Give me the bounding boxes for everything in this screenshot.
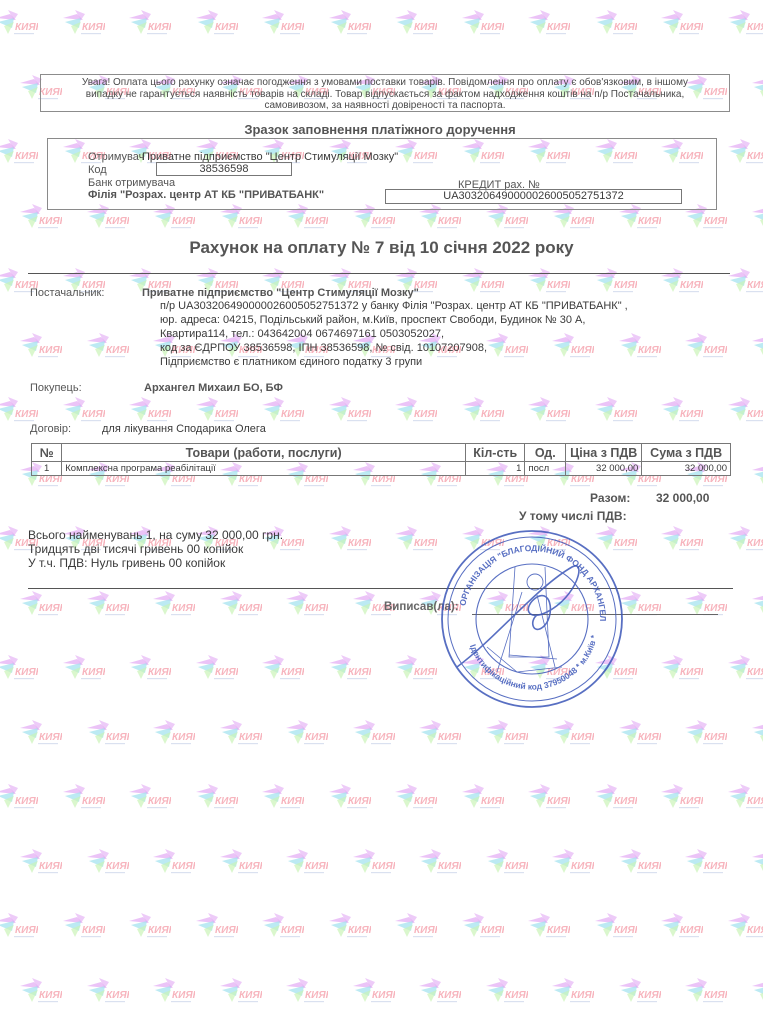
svg-text:КИЯН: КИЯН [15, 409, 38, 420]
svg-text:КИЯН: КИЯН [82, 22, 105, 33]
watermark-logo: КИЯН [85, 718, 129, 748]
svg-text:КИЯН: КИЯН [414, 538, 437, 549]
watermark-logo-icon: КИЯН [218, 718, 262, 748]
svg-text:КИЯН: КИЯН [704, 345, 727, 356]
invoice-title: Рахунок на оплату № 7 від 10 січня 2022 … [20, 238, 743, 258]
row-price: 32 000,00 [566, 462, 642, 476]
watermark-logo-icon: КИЯН [393, 395, 437, 425]
svg-text:КИЯН: КИЯН [106, 345, 129, 356]
watermark-logo: КИЯН [593, 911, 637, 941]
svg-text:КИЯН: КИЯН [39, 732, 62, 743]
svg-text:КИЯН: КИЯН [481, 409, 504, 420]
watermark-logo: КИЯН [393, 8, 437, 38]
bank-value: Філія "Розрах. центр АТ КБ "ПРИВАТБАНК" [88, 189, 324, 202]
svg-text:КИЯН: КИЯН [547, 925, 570, 936]
watermark-logo-icon: КИЯН [18, 718, 62, 748]
summary-line-vat: У т.ч. ПДВ: Нуль гривень 00 копійок [28, 557, 283, 571]
watermark-logo: КИЯН [327, 653, 371, 683]
watermark-logo-icon: КИЯН [194, 911, 238, 941]
watermark-logo: КИЯН [593, 395, 637, 425]
recipient-label: Отримувач [88, 151, 144, 164]
contract-value: для лікування Сподарика Олега [102, 423, 266, 436]
watermark-logo-icon: КИЯН [127, 782, 171, 812]
watermark-logo-icon: КИЯН [85, 847, 129, 877]
svg-text:КИЯН: КИЯН [39, 861, 62, 872]
svg-text:КИЯН: КИЯН [281, 796, 304, 807]
svg-text:КИЯН: КИЯН [239, 603, 262, 614]
watermark-logo-icon: КИЯН [726, 137, 763, 167]
buyer-label: Покупець: [30, 382, 82, 395]
watermark-logo-icon: КИЯН [351, 847, 395, 877]
watermark-logo-icon: КИЯН [85, 331, 129, 361]
svg-text:КИЯН: КИЯН [547, 22, 570, 33]
svg-text:КИЯН: КИЯН [106, 732, 129, 743]
supplier-label: Постачальник: [30, 287, 104, 300]
summary-line-words: Тридцять дві тисячі гривень 00 копійок [28, 543, 283, 557]
watermark-logo-icon: КИЯН [593, 395, 637, 425]
svg-text:КИЯН: КИЯН [414, 925, 437, 936]
svg-text:КИЯН: КИЯН [239, 732, 262, 743]
svg-text:КИЯН: КИЯН [348, 538, 371, 549]
supplier-name: Приватне підприємство "Центр Стимуляції … [142, 287, 419, 300]
svg-text:КИЯН: КИЯН [547, 280, 570, 291]
watermark-logo-icon: КИЯН [726, 911, 763, 941]
watermark-logo-icon: КИЯН [127, 8, 171, 38]
watermark-logo-icon: КИЯН [417, 847, 461, 877]
items-table: № Товари (работи, послуги) Кіл-сть Од. Ц… [31, 443, 731, 476]
svg-text:КИЯН: КИЯН [680, 22, 703, 33]
supplier-details: п/р UA303206490000026005052751372 у банк… [160, 300, 628, 370]
watermark-logo: КИЯН [750, 847, 763, 877]
svg-text:КИЯН: КИЯН [106, 861, 129, 872]
svg-text:КИЯН: КИЯН [39, 990, 62, 1001]
svg-text:КИЯН: КИЯН [505, 216, 528, 227]
watermark-logo: КИЯН [260, 911, 304, 941]
watermark-logo: КИЯН [85, 976, 129, 1006]
svg-text:КИЯН: КИЯН [39, 603, 62, 614]
watermark-logo-icon: КИЯН [18, 589, 62, 619]
watermark-logo-icon: КИЯН [0, 782, 38, 812]
watermark-logo: КИЯН [750, 976, 763, 1006]
svg-text:КИЯН: КИЯН [481, 22, 504, 33]
watermark-logo: КИЯН [550, 976, 594, 1006]
watermark-logo-icon: КИЯН [351, 976, 395, 1006]
watermark-logo: КИЯН [0, 653, 38, 683]
watermark-logo: КИЯН [351, 718, 395, 748]
svg-text:КИЯН: КИЯН [305, 603, 328, 614]
svg-text:КИЯН: КИЯН [148, 409, 171, 420]
watermark-logo-icon: КИЯН [393, 782, 437, 812]
notice-line-1: Увага! Оплата цього рахунку означає пого… [41, 77, 729, 89]
watermark-logo-icon: КИЯН [260, 395, 304, 425]
watermark-logo: КИЯН [726, 266, 763, 296]
watermark-logo: КИЯН [593, 782, 637, 812]
watermark-logo-icon: КИЯН [151, 976, 195, 1006]
watermark-logo: КИЯН [85, 331, 129, 361]
svg-text:КИЯН: КИЯН [215, 22, 238, 33]
watermark-logo-icon: КИЯН [683, 847, 727, 877]
watermark-logo-icon: КИЯН [0, 395, 38, 425]
watermark-logo: КИЯН [659, 911, 703, 941]
watermark-logo-icon: КИЯН [617, 718, 661, 748]
watermark-logo: КИЯН [0, 911, 38, 941]
watermark-logo-icon: КИЯН [393, 653, 437, 683]
watermark-logo: КИЯН [284, 718, 328, 748]
svg-text:КИЯН: КИЯН [680, 667, 703, 678]
svg-text:КИЯН: КИЯН [438, 861, 461, 872]
svg-text:КИЯН: КИЯН [239, 216, 262, 227]
watermark-logo-icon: КИЯН [750, 589, 763, 619]
svg-text:КИЯН: КИЯН [372, 216, 395, 227]
watermark-logo: КИЯН [750, 202, 763, 232]
watermark-logo: КИЯН [127, 911, 171, 941]
svg-text:КИЯН: КИЯН [215, 667, 238, 678]
watermark-logo-icon: КИЯН [61, 782, 105, 812]
watermark-logo: КИЯН [18, 589, 62, 619]
watermark-logo-icon: КИЯН [593, 266, 637, 296]
watermark-logo: КИЯН [61, 395, 105, 425]
watermark-logo-icon: КИЯН [0, 653, 38, 683]
watermark-logo-icon: КИЯН [617, 976, 661, 1006]
row-qty: 1 [466, 462, 525, 476]
watermark-logo-icon: КИЯН [726, 266, 763, 296]
svg-text:КИЯН: КИЯН [704, 732, 727, 743]
col-unit-header: Од. [525, 444, 566, 462]
watermark-logo-icon: КИЯН [526, 8, 570, 38]
svg-text:КИЯН: КИЯН [481, 925, 504, 936]
svg-text:КИЯН: КИЯН [348, 925, 371, 936]
svg-text:КИЯН: КИЯН [414, 796, 437, 807]
svg-text:КИЯН: КИЯН [481, 280, 504, 291]
watermark-logo-icon: КИЯН [393, 8, 437, 38]
watermark-logo: КИЯН [0, 782, 38, 812]
svg-text:КИЯН: КИЯН [348, 796, 371, 807]
watermark-logo: КИЯН [726, 524, 763, 554]
watermark-logo: КИЯН [659, 395, 703, 425]
watermark-logo: КИЯН [260, 8, 304, 38]
svg-text:КИЯН: КИЯН [704, 861, 727, 872]
watermark-logo-icon: КИЯН [127, 911, 171, 941]
svg-text:КИЯН: КИЯН [281, 667, 304, 678]
watermark-logo: КИЯН [351, 976, 395, 1006]
watermark-logo-icon: КИЯН [127, 653, 171, 683]
table-header-row: № Товари (работи, послуги) Кіл-сть Од. Ц… [32, 444, 731, 462]
watermark-logo: КИЯН [659, 524, 703, 554]
summary-divider [28, 588, 733, 589]
watermark-logo: КИЯН [194, 8, 238, 38]
watermark-logo-icon: КИЯН [284, 718, 328, 748]
watermark-logo-icon: КИЯН [750, 847, 763, 877]
watermark-logo: КИЯН [750, 718, 763, 748]
watermark-logo-icon: КИЯН [284, 847, 328, 877]
watermark-logo: КИЯН [327, 782, 371, 812]
svg-text:КИЯН: КИЯН [148, 22, 171, 33]
watermark-logo-icon: КИЯН [0, 137, 38, 167]
col-price-header: Ціна з ПДВ [566, 444, 642, 462]
watermark-logo: КИЯН [327, 524, 371, 554]
watermark-logo-icon: КИЯН [526, 395, 570, 425]
svg-text:КИЯН: КИЯН [747, 538, 763, 549]
svg-text:КИЯН: КИЯН [82, 409, 105, 420]
watermark-logo-icon: КИЯН [260, 782, 304, 812]
svg-text:КИЯН: КИЯН [638, 216, 661, 227]
watermark-logo: КИЯН [0, 395, 38, 425]
svg-text:КИЯН: КИЯН [414, 667, 437, 678]
svg-text:КИЯН: КИЯН [747, 409, 763, 420]
watermark-logo: КИЯН [726, 395, 763, 425]
svg-text:КИЯН: КИЯН [747, 925, 763, 936]
watermark-logo-icon: КИЯН [659, 8, 703, 38]
watermark-logo-icon: КИЯН [218, 847, 262, 877]
svg-text:КИЯН: КИЯН [547, 796, 570, 807]
items-body: 1Комплексна програма реабілітації1посл32… [32, 462, 731, 476]
watermark-logo: КИЯН [417, 847, 461, 877]
title-divider [28, 273, 730, 274]
summary-line-count: Всього найменувань 1, на суму 32 000,00 … [28, 529, 283, 543]
watermark-logo-icon: КИЯН [194, 782, 238, 812]
row-number: 1 [32, 462, 62, 476]
svg-text:КИЯН: КИЯН [106, 603, 129, 614]
svg-text:КИЯН: КИЯН [15, 796, 38, 807]
svg-text:КИЯН: КИЯН [82, 925, 105, 936]
amount-summary: Всього найменувань 1, на суму 32 000,00 … [28, 529, 283, 571]
watermark-logo-icon: КИЯН [460, 266, 504, 296]
watermark-logo: КИЯН [0, 137, 38, 167]
svg-text:КИЯН: КИЯН [348, 409, 371, 420]
col-sum-header: Сума з ПДВ [642, 444, 731, 462]
watermark-logo-icon: КИЯН [484, 976, 528, 1006]
svg-text:КИЯН: КИЯН [414, 409, 437, 420]
watermark-logo-icon: КИЯН [18, 976, 62, 1006]
svg-text:КИЯН: КИЯН [372, 861, 395, 872]
row-unit: посл [525, 462, 566, 476]
watermark-logo: КИЯН [194, 395, 238, 425]
watermark-logo: КИЯН [726, 782, 763, 812]
svg-text:КИЯН: КИЯН [414, 22, 437, 33]
watermark-logo-icon: КИЯН [151, 718, 195, 748]
watermark-logo: КИЯН [194, 782, 238, 812]
watermark-logo-icon: КИЯН [127, 395, 171, 425]
watermark-logo-icon: КИЯН [726, 782, 763, 812]
watermark-logo: КИЯН [393, 911, 437, 941]
watermark-logo-icon: КИЯН [327, 524, 371, 554]
svg-text:КИЯН: КИЯН [172, 861, 195, 872]
supplier-line: код за ЄДРПОУ 38536598, ІПН 38536598, № … [160, 342, 628, 356]
watermark-logo-icon: КИЯН [726, 524, 763, 554]
watermark-logo-icon: КИЯН [393, 911, 437, 941]
watermark-logo: КИЯН [683, 718, 727, 748]
svg-text:КИЯН: КИЯН [747, 796, 763, 807]
watermark-logo: КИЯН [61, 782, 105, 812]
svg-text:КИЯН: КИЯН [148, 667, 171, 678]
watermark-logo-icon: КИЯН [593, 911, 637, 941]
svg-text:КИЯН: КИЯН [438, 990, 461, 1001]
watermark-logo-icon: КИЯН [659, 782, 703, 812]
svg-text:КИЯН: КИЯН [704, 216, 727, 227]
watermark-logo-icon: КИЯН [218, 976, 262, 1006]
code-field: 38536598 [156, 162, 292, 176]
watermark-logo: КИЯН [218, 718, 262, 748]
supplier-line: п/р UA303206490000026005052751372 у банк… [160, 300, 628, 314]
watermark-logo: КИЯН [327, 395, 371, 425]
watermark-logo-icon: КИЯН [683, 718, 727, 748]
watermark-logo-icon: КИЯН [284, 976, 328, 1006]
svg-text:КИЯН: КИЯН [571, 990, 594, 1001]
svg-text:КИЯН: КИЯН [505, 732, 528, 743]
svg-text:КИЯН: КИЯН [638, 990, 661, 1001]
watermark-logo-icon: КИЯН [260, 911, 304, 941]
svg-text:КИЯН: КИЯН [82, 796, 105, 807]
svg-text:КИЯН: КИЯН [15, 22, 38, 33]
watermark-logo: КИЯН [593, 8, 637, 38]
watermark-logo: КИЯН [683, 976, 727, 1006]
svg-text:КИЯН: КИЯН [505, 990, 528, 1001]
watermark-logo: КИЯН [61, 653, 105, 683]
svg-text:КИЯН: КИЯН [614, 22, 637, 33]
watermark-logo: КИЯН [726, 8, 763, 38]
watermark-logo: КИЯН [127, 395, 171, 425]
watermark-logo-icon: КИЯН [460, 911, 504, 941]
watermark-logo: КИЯН [61, 911, 105, 941]
watermark-logo-icon: КИЯН [683, 331, 727, 361]
svg-text:КИЯН: КИЯН [39, 216, 62, 227]
watermark-logo: КИЯН [550, 847, 594, 877]
watermark-logo-icon: КИЯН [484, 718, 528, 748]
watermark-logo: КИЯН [750, 589, 763, 619]
svg-text:КИЯН: КИЯН [15, 667, 38, 678]
watermark-logo-icon: КИЯН [750, 976, 763, 1006]
svg-text:КИЯН: КИЯН [148, 796, 171, 807]
organization-stamp: ОРГАНІЗАЦІЯ "БЛАГОДІЙНИЙ ФОНД АРХАНГЕЛА … [437, 527, 627, 712]
watermark-logo-icon: КИЯН [750, 331, 763, 361]
watermark-logo: КИЯН [18, 718, 62, 748]
svg-text:КИЯН: КИЯН [348, 22, 371, 33]
row-sum: 32 000,00 [642, 462, 731, 476]
watermark-logo-icon: КИЯН [460, 395, 504, 425]
watermark-logo: КИЯН [460, 395, 504, 425]
watermark-logo-icon: КИЯН [194, 395, 238, 425]
watermark-logo: КИЯН [151, 589, 195, 619]
svg-text:КИЯН: КИЯН [438, 732, 461, 743]
watermark-logo: КИЯН [260, 653, 304, 683]
svg-text:КИЯН: КИЯН [305, 732, 328, 743]
watermark-logo: КИЯН [460, 8, 504, 38]
svg-text:КИЯН: КИЯН [704, 990, 727, 1001]
watermark-logo: КИЯН [617, 718, 661, 748]
watermark-logo: КИЯН [484, 847, 528, 877]
watermark-logo: КИЯН [393, 524, 437, 554]
svg-text:КИЯН: КИЯН [215, 796, 238, 807]
svg-text:КИЯН: КИЯН [372, 990, 395, 1001]
svg-text:КИЯН: КИЯН [547, 409, 570, 420]
watermark-logo: КИЯН [284, 847, 328, 877]
watermark-logo: КИЯН [151, 718, 195, 748]
col-goods-header: Товари (работи, послуги) [62, 444, 466, 462]
watermark-logo: КИЯН [151, 847, 195, 877]
svg-text:КИЯН: КИЯН [571, 216, 594, 227]
payment-notice: Увага! Оплата цього рахунку означає пого… [40, 74, 730, 112]
svg-text:КИЯН: КИЯН [148, 925, 171, 936]
watermark-logo: КИЯН [526, 782, 570, 812]
svg-text:КИЯН: КИЯН [239, 861, 262, 872]
svg-text:КИЯН: КИЯН [638, 603, 661, 614]
payment-sample-box: Отримувач Приватне підприємство "Центр С… [47, 138, 717, 210]
watermark-logo-icon: КИЯН [750, 73, 763, 103]
svg-text:КИЯН: КИЯН [571, 861, 594, 872]
watermark-logo: КИЯН [61, 8, 105, 38]
watermark-logo-icon: КИЯН [750, 460, 763, 490]
watermark-logo: КИЯН [526, 911, 570, 941]
watermark-logo: КИЯН [284, 976, 328, 1006]
watermark-logo-icon: КИЯН [417, 976, 461, 1006]
watermark-logo-icon: КИЯН [726, 653, 763, 683]
watermark-logo-icon: КИЯН [0, 8, 38, 38]
supplier-line: Квартира114, тел.: 043642004 0674697161 … [160, 328, 628, 342]
svg-text:КИЯН: КИЯН [704, 603, 727, 614]
watermark-logo-icon: КИЯН [218, 589, 262, 619]
watermark-logo-icon: КИЯН [327, 653, 371, 683]
watermark-logo-icon: КИЯН [85, 718, 129, 748]
watermark-logo-icon: КИЯН [327, 395, 371, 425]
watermark-logo: КИЯН [460, 266, 504, 296]
svg-text:КИЯН: КИЯН [281, 538, 304, 549]
svg-text:КИЯН: КИЯН [438, 216, 461, 227]
svg-text:КИЯН: КИЯН [680, 409, 703, 420]
watermark-logo-icon: КИЯН [750, 718, 763, 748]
watermark-logo: КИЯН [526, 395, 570, 425]
watermark-logo: КИЯН [18, 847, 62, 877]
watermark-logo: КИЯН [726, 653, 763, 683]
stamp-seal-icon: ОРГАНІЗАЦІЯ "БЛАГОДІЙНИЙ ФОНД АРХАНГЕЛА … [437, 527, 627, 712]
watermark-logo: КИЯН [617, 976, 661, 1006]
watermark-logo-icon: КИЯН [526, 266, 570, 296]
svg-text:КИЯН: КИЯН [614, 796, 637, 807]
svg-text:КИЯН: КИЯН [614, 280, 637, 291]
watermark-logo: КИЯН [726, 137, 763, 167]
watermark-logo-icon: КИЯН [0, 911, 38, 941]
supplier-line: Підприємство є платником єдиного податку… [160, 356, 628, 370]
watermark-logo: КИЯН [85, 589, 129, 619]
watermark-logo-icon: КИЯН [593, 782, 637, 812]
svg-text:КИЯН: КИЯН [305, 990, 328, 1001]
watermark-logo-icon: КИЯН [593, 8, 637, 38]
svg-text:КИЯН: КИЯН [747, 22, 763, 33]
table-row: 1Комплексна програма реабілітації1посл32… [32, 462, 731, 476]
watermark-logo-icon: КИЯН [18, 847, 62, 877]
watermark-logo: КИЯН [617, 847, 661, 877]
svg-text:КИЯН: КИЯН [481, 796, 504, 807]
notice-line-3: самовивозом, за наявності довіреності та… [41, 100, 729, 112]
svg-text:КИЯН: КИЯН [281, 409, 304, 420]
watermark-logo: КИЯН [659, 782, 703, 812]
watermark-logo-icon: КИЯН [351, 718, 395, 748]
svg-text:КИЯН: КИЯН [172, 216, 195, 227]
watermark-logo: КИЯН [260, 782, 304, 812]
watermark-logo: КИЯН [260, 395, 304, 425]
svg-text:КИЯН: КИЯН [348, 667, 371, 678]
watermark-logo: КИЯН [194, 653, 238, 683]
watermark-logo-icon: КИЯН [61, 8, 105, 38]
watermark-logo: КИЯН [351, 847, 395, 877]
watermark-logo-icon: КИЯН [659, 653, 703, 683]
watermark-logo-icon: КИЯН [327, 782, 371, 812]
watermark-logo: КИЯН [526, 8, 570, 38]
watermark-logo: КИЯН [127, 653, 171, 683]
svg-text:КИЯН: КИЯН [15, 151, 38, 162]
watermark-logo-icon: КИЯН [151, 847, 195, 877]
svg-text:КИЯН: КИЯН [505, 861, 528, 872]
watermark-logo-icon: КИЯН [750, 202, 763, 232]
